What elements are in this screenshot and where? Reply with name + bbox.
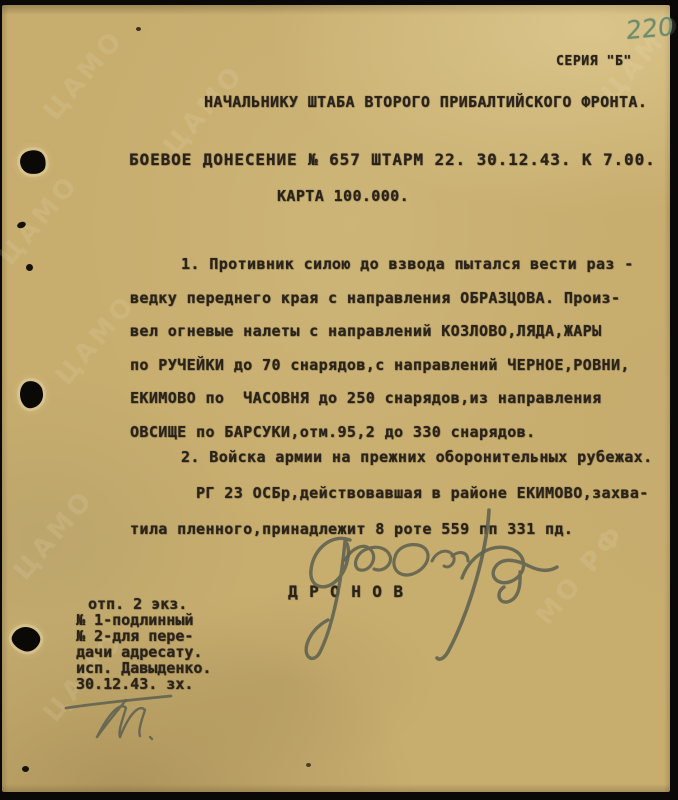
document-content: ЦАМО ЦАМО ЦАМО ЦАМО ЦАМО ЦАМО МО РФ ЦАМО… [0, 0, 678, 800]
body-line: ОВСИЩЕ по БАРСУКИ,отм.95,2 до 330 снаряд… [130, 424, 536, 441]
paper-speck [136, 27, 141, 31]
scan-area: ЦАМО ЦАМО ЦАМО ЦАМО ЦАМО ЦАМО МО РФ ЦАМО… [0, 0, 678, 800]
addressee-line: НАЧАЛЬНИКУ ШТАБА ВТОРОГО ПРИБАЛТИЙСКОГО … [204, 94, 647, 111]
series-label: СЕРИЯ "Б" [556, 55, 632, 69]
archive-watermark: ЦАМО [0, 169, 85, 271]
archive-watermark: ЦАМО [8, 484, 101, 586]
archive-watermark: ЦАМО [38, 24, 131, 126]
paper-speck [306, 763, 311, 767]
paper-hole [9, 623, 44, 655]
body-line: ведку переднего края с направления ОБРАЗ… [130, 290, 620, 307]
body-line: РГ 23 ОСБр,действовавшая в районе ЕКИМОВ… [196, 485, 649, 502]
footer-line: 30.12.43. зх. [76, 676, 193, 693]
paper-speck [22, 766, 29, 772]
paper-hole [18, 148, 48, 177]
body-line: по РУЧЕЙКИ до 70 снарядов,с направлений … [130, 357, 630, 374]
paper-speck [26, 264, 33, 271]
body-line: вел огневые налеты с направлений КОЗЛОВО… [130, 323, 602, 340]
report-title: БОЕВОЕ ДОНЕСЕНИЕ № 657 ШТАРМ 22. 30.12.4… [129, 151, 656, 169]
scanned-archive-page: { "document": { "page_number": "220", "s… [0, 0, 678, 800]
page-number: 220 [625, 12, 674, 45]
body-line: тила пленного,принадлежит 8 роте 559 пп … [130, 521, 573, 538]
archive-watermark: ЦАМО [50, 289, 143, 391]
signatory-name: Д Р О Н О В [288, 583, 404, 601]
body-line: 2. Войска армии на прежних оборонительны… [181, 449, 653, 466]
body-line: ЕКИМОВО по ЧАСОВНЯ до 250 снарядов,из на… [130, 390, 602, 407]
body-line: 1. Противник силою до взвода пытался вес… [181, 256, 634, 273]
map-scale-line: КАРТА 100.000. [277, 188, 409, 205]
paper-hole [18, 380, 45, 410]
